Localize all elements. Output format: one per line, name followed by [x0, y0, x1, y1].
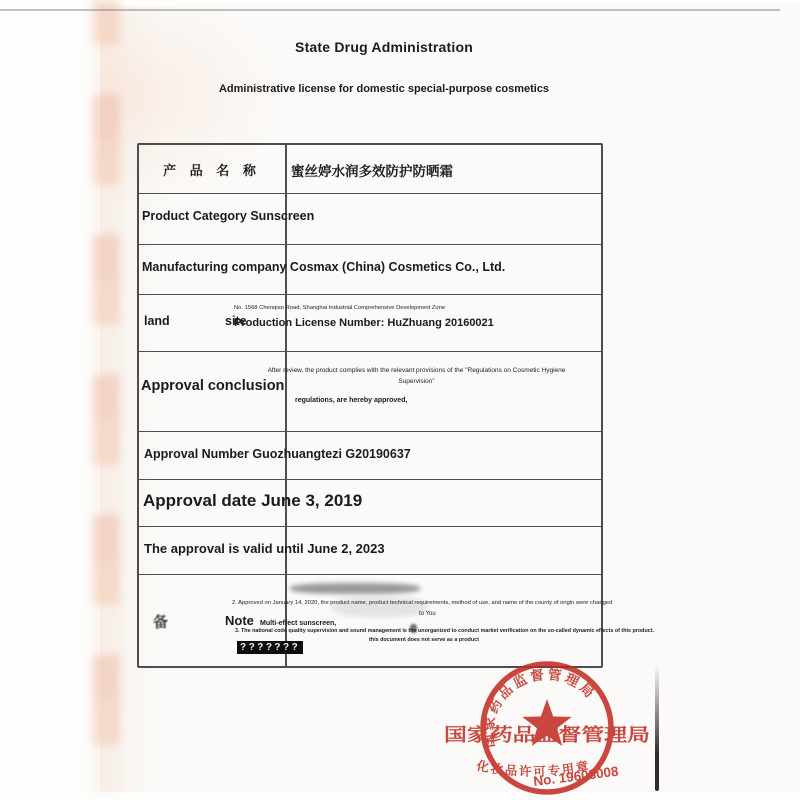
site-label-land: land: [144, 314, 170, 328]
product-category-text: Product Category Sunscreen: [142, 209, 314, 223]
note-line3b: this document does not serve as a produc…: [369, 637, 479, 643]
manufacturer-text: Manufacturing company Cosmax (China) Cos…: [142, 260, 505, 274]
note-redacted-box: ???????: [237, 641, 303, 654]
valid-until-text: The approval is valid until June 2, 2023: [144, 541, 385, 556]
note-line2b: to You: [419, 611, 436, 617]
row-approval-number: Approval Number Guozhuangtezi G20190637: [139, 432, 601, 480]
license-table: 产 品 名 称 蜜丝婷水润多效防护防晒霜 Product Category Su…: [137, 143, 603, 668]
redaction-smudge-1: [290, 583, 420, 594]
approval-conclusion-line3: regulations, are hereby approved,: [295, 397, 407, 404]
row-site: land site No. 1568 Chenqiao Road, Shangh…: [139, 295, 601, 352]
row-approval-conclusion: Approval conclusion After review, the pr…: [139, 352, 601, 432]
page-left-edge-band: [92, 0, 120, 792]
note-line3: 3. The national code quality supervision…: [235, 628, 654, 634]
row-manufacturer: Manufacturing company Cosmax (China) Cos…: [139, 245, 601, 295]
row-note: 备 2. Approved on January 14, 2020, the p…: [139, 575, 601, 666]
page-right-edge-line: [655, 665, 659, 791]
site-address: No. 1568 Chenqiao Road, Shanghai Industr…: [234, 305, 445, 311]
product-name-label: 产 品 名 称: [139, 160, 285, 179]
product-name-value: 蜜丝婷水润多效防护防晒霜: [291, 160, 453, 180]
row-approval-date: Approval date June 3, 2019: [139, 480, 601, 527]
row-product-category: Product Category Sunscreen: [139, 194, 601, 245]
note-label-en: Note: [225, 613, 254, 628]
seal-middle-text: 国家药品监督管理局: [444, 724, 650, 745]
official-red-seal: 国家药品监督管理局 国家药品监督管理局 化妆品许可专用章 No. 1960300…: [432, 655, 662, 800]
approval-number-text: Approval Number Guozhuangtezi G20190637: [144, 447, 411, 461]
approval-date-text: Approval date June 3, 2019: [143, 491, 362, 511]
production-license-number: Production License Number: HuZhuang 2016…: [234, 317, 494, 329]
note-line2: 2. Approved on January 14, 2020, the pro…: [232, 600, 612, 606]
scan-top-line: [0, 9, 780, 11]
document-subtitle: Administrative license for domestic spec…: [0, 83, 768, 95]
row-product-name: 产 品 名 称 蜜丝婷水润多效防护防晒霜: [139, 145, 601, 194]
note-label-cn: 备: [152, 611, 168, 633]
note-multi-effect: Multi-effect sunscreen,: [260, 620, 336, 627]
approval-conclusion-line2: Supervision": [239, 376, 594, 387]
approval-conclusion-line1: After review, the product complies with …: [239, 365, 594, 376]
document-title: State Drug Administration: [0, 39, 768, 55]
row-valid-until: The approval is valid until June 2, 2023: [139, 527, 601, 575]
